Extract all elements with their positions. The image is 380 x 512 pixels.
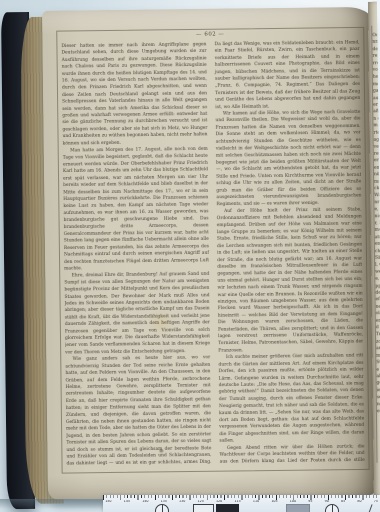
ruler-number: 100 [290,500,296,503]
ruler-number: 80 [357,500,361,503]
paragraph: Ich suchte meiner größeren Gier mich auf… [218,352,364,444]
paragraph: Ehre, dreimal Ehre dir, Brandenburg! Auf… [64,270,210,355]
book-photo: — 602 — Dieser hatten sie immer nach ihr… [0,0,380,512]
calibration-circle-left [155,504,169,512]
ruler-number: 140 [142,500,148,503]
ruler-number: 115 [234,500,240,503]
book-page: — 602 — Dieser hatten sie immer nach ihr… [42,7,378,500]
text-frame: — 602 — Dieser hatten sie immer nach ihr… [56,27,369,474]
ruler-number: 130 [179,500,185,503]
text-columns: Dieser hatten sie immer nach ihrem Angri… [61,39,364,470]
ruler-number: 90 [325,500,329,503]
calibration-slash-mark [366,504,372,512]
calibration-square-gray [286,504,310,512]
ruler-numbers-clip: 1501451401351301251201151101051009590858… [103,500,380,504]
calibration-square-black [216,504,239,512]
ruler-number: 85 [341,500,345,503]
text-columns-clip: Dieser hatten sie immer nach ihrem Angri… [61,39,364,470]
ruler-number: 135 [161,500,167,503]
ruler-number: 125 [197,500,203,503]
ruler-number: 105 [271,500,277,503]
paragraph: Auf der Höhe hielt der Prinz mit seinem … [217,206,364,354]
ruler-numbers: 1501451401351301251201151101051009590858… [103,500,380,503]
ruler-number: 95 [308,500,312,503]
paragraph: Man hatte am Morgen des 17. August, alle… [63,145,210,272]
ruler-number: 75 [374,500,378,503]
page-number: — 602 — [73,29,348,39]
paragraph: Wir kamen auf die Höhe, wo sich die Wege… [215,109,361,208]
paragraph: Dieser hatten sie immer nach ihrem Angri… [61,41,207,147]
ruler-number: 150 [105,500,111,503]
ruler-number: 145 [124,500,130,503]
calibration-square-white [193,504,214,512]
ruler-number: 110 [253,500,259,503]
calibration-ruler: 1501451401351301251201151101051009590858… [103,495,380,512]
ruler-number: 120 [216,500,222,503]
calibration-circle-right [325,504,339,512]
open-book: — 602 — Dieser hatten sie immer nach ihr… [0,0,380,512]
